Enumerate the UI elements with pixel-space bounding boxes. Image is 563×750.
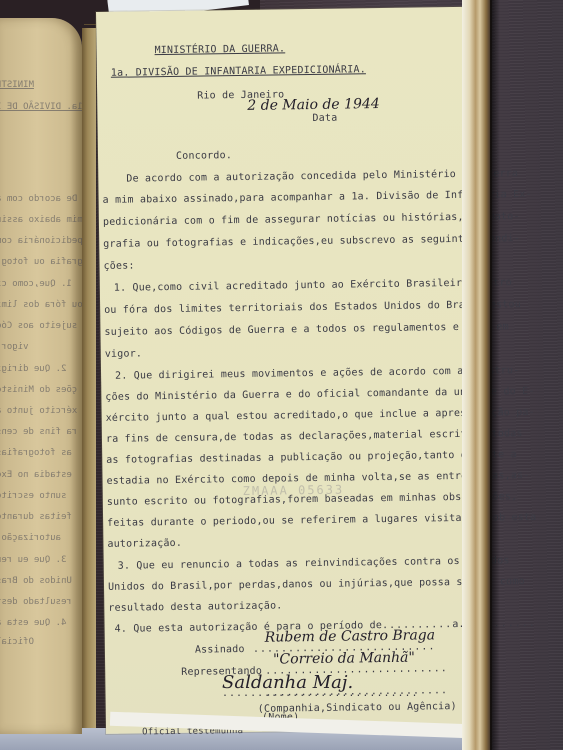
clause-3-line: 3. Que eu renuncio a todas as reinvindic…	[118, 555, 510, 571]
signed-label: Assinado	[195, 644, 245, 656]
date-label: Data	[312, 113, 337, 124]
clause-2-line: ra fins de censura,de todas as declaraçõ…	[106, 428, 523, 445]
clause-3-line: resultado desta autorização.	[108, 600, 282, 613]
intro-line: pedicionária com o fim de assegurar notí…	[103, 211, 520, 228]
document-page: MINISTÉRIO DA GUERRA. 1a. DIVISÃO DE INF…	[96, 7, 472, 734]
clause-2-line: 2. Que dirigirei meus movimentos e ações…	[115, 365, 519, 382]
witness-signature: Saldanha Maj.	[222, 672, 353, 693]
intro-line: De acordo com a autorização concedida pe…	[126, 168, 518, 184]
clause-2-line: sunto escrito ou fotografias,forem basea…	[107, 491, 518, 508]
clause-1-line: vigor.	[105, 348, 142, 360]
clause-1-line: sujeito aos Códigos de Guerra e a todos …	[104, 321, 508, 338]
binder-tab	[84, 24, 96, 37]
representing-value: "Correio da Manhã"	[273, 650, 415, 668]
intro-line: grafia ou fotografias e indicações,eu su…	[103, 233, 520, 250]
handwritten-date: 2 de Maio de 1944	[247, 96, 380, 114]
page-shadow	[490, 0, 500, 750]
clause-2-line: autorização.	[107, 538, 182, 550]
intro-line: ções:	[103, 260, 134, 271]
division-heading: 1a. DIVISÃO DE INFANTARIA EXPEDICIONÁRIA…	[111, 64, 366, 79]
left-page: MINISTÉ 1a. DIVISÃO DE I De acordo com a…	[0, 18, 82, 734]
clause-2-line: as fotografias destinadas a publicação o…	[106, 449, 517, 466]
signer-signature: Rubem de Castro Braga	[265, 627, 436, 645]
clause-1-line: 1. Que,como civil acreditado junto ao Ex…	[114, 277, 512, 294]
ministry-heading: MINISTÉRIO DA GUERRA.	[154, 43, 285, 56]
book-gutter	[82, 28, 96, 728]
left-page-bleedthrough-text: MINISTÉ 1a. DIVISÃO DE I De acordo com a…	[0, 18, 82, 734]
stacked-page-edges	[462, 0, 492, 750]
clause-1-line: ou fóra dos limites territoriais dos Est…	[104, 299, 521, 316]
salutation: Concordo.	[176, 150, 232, 162]
